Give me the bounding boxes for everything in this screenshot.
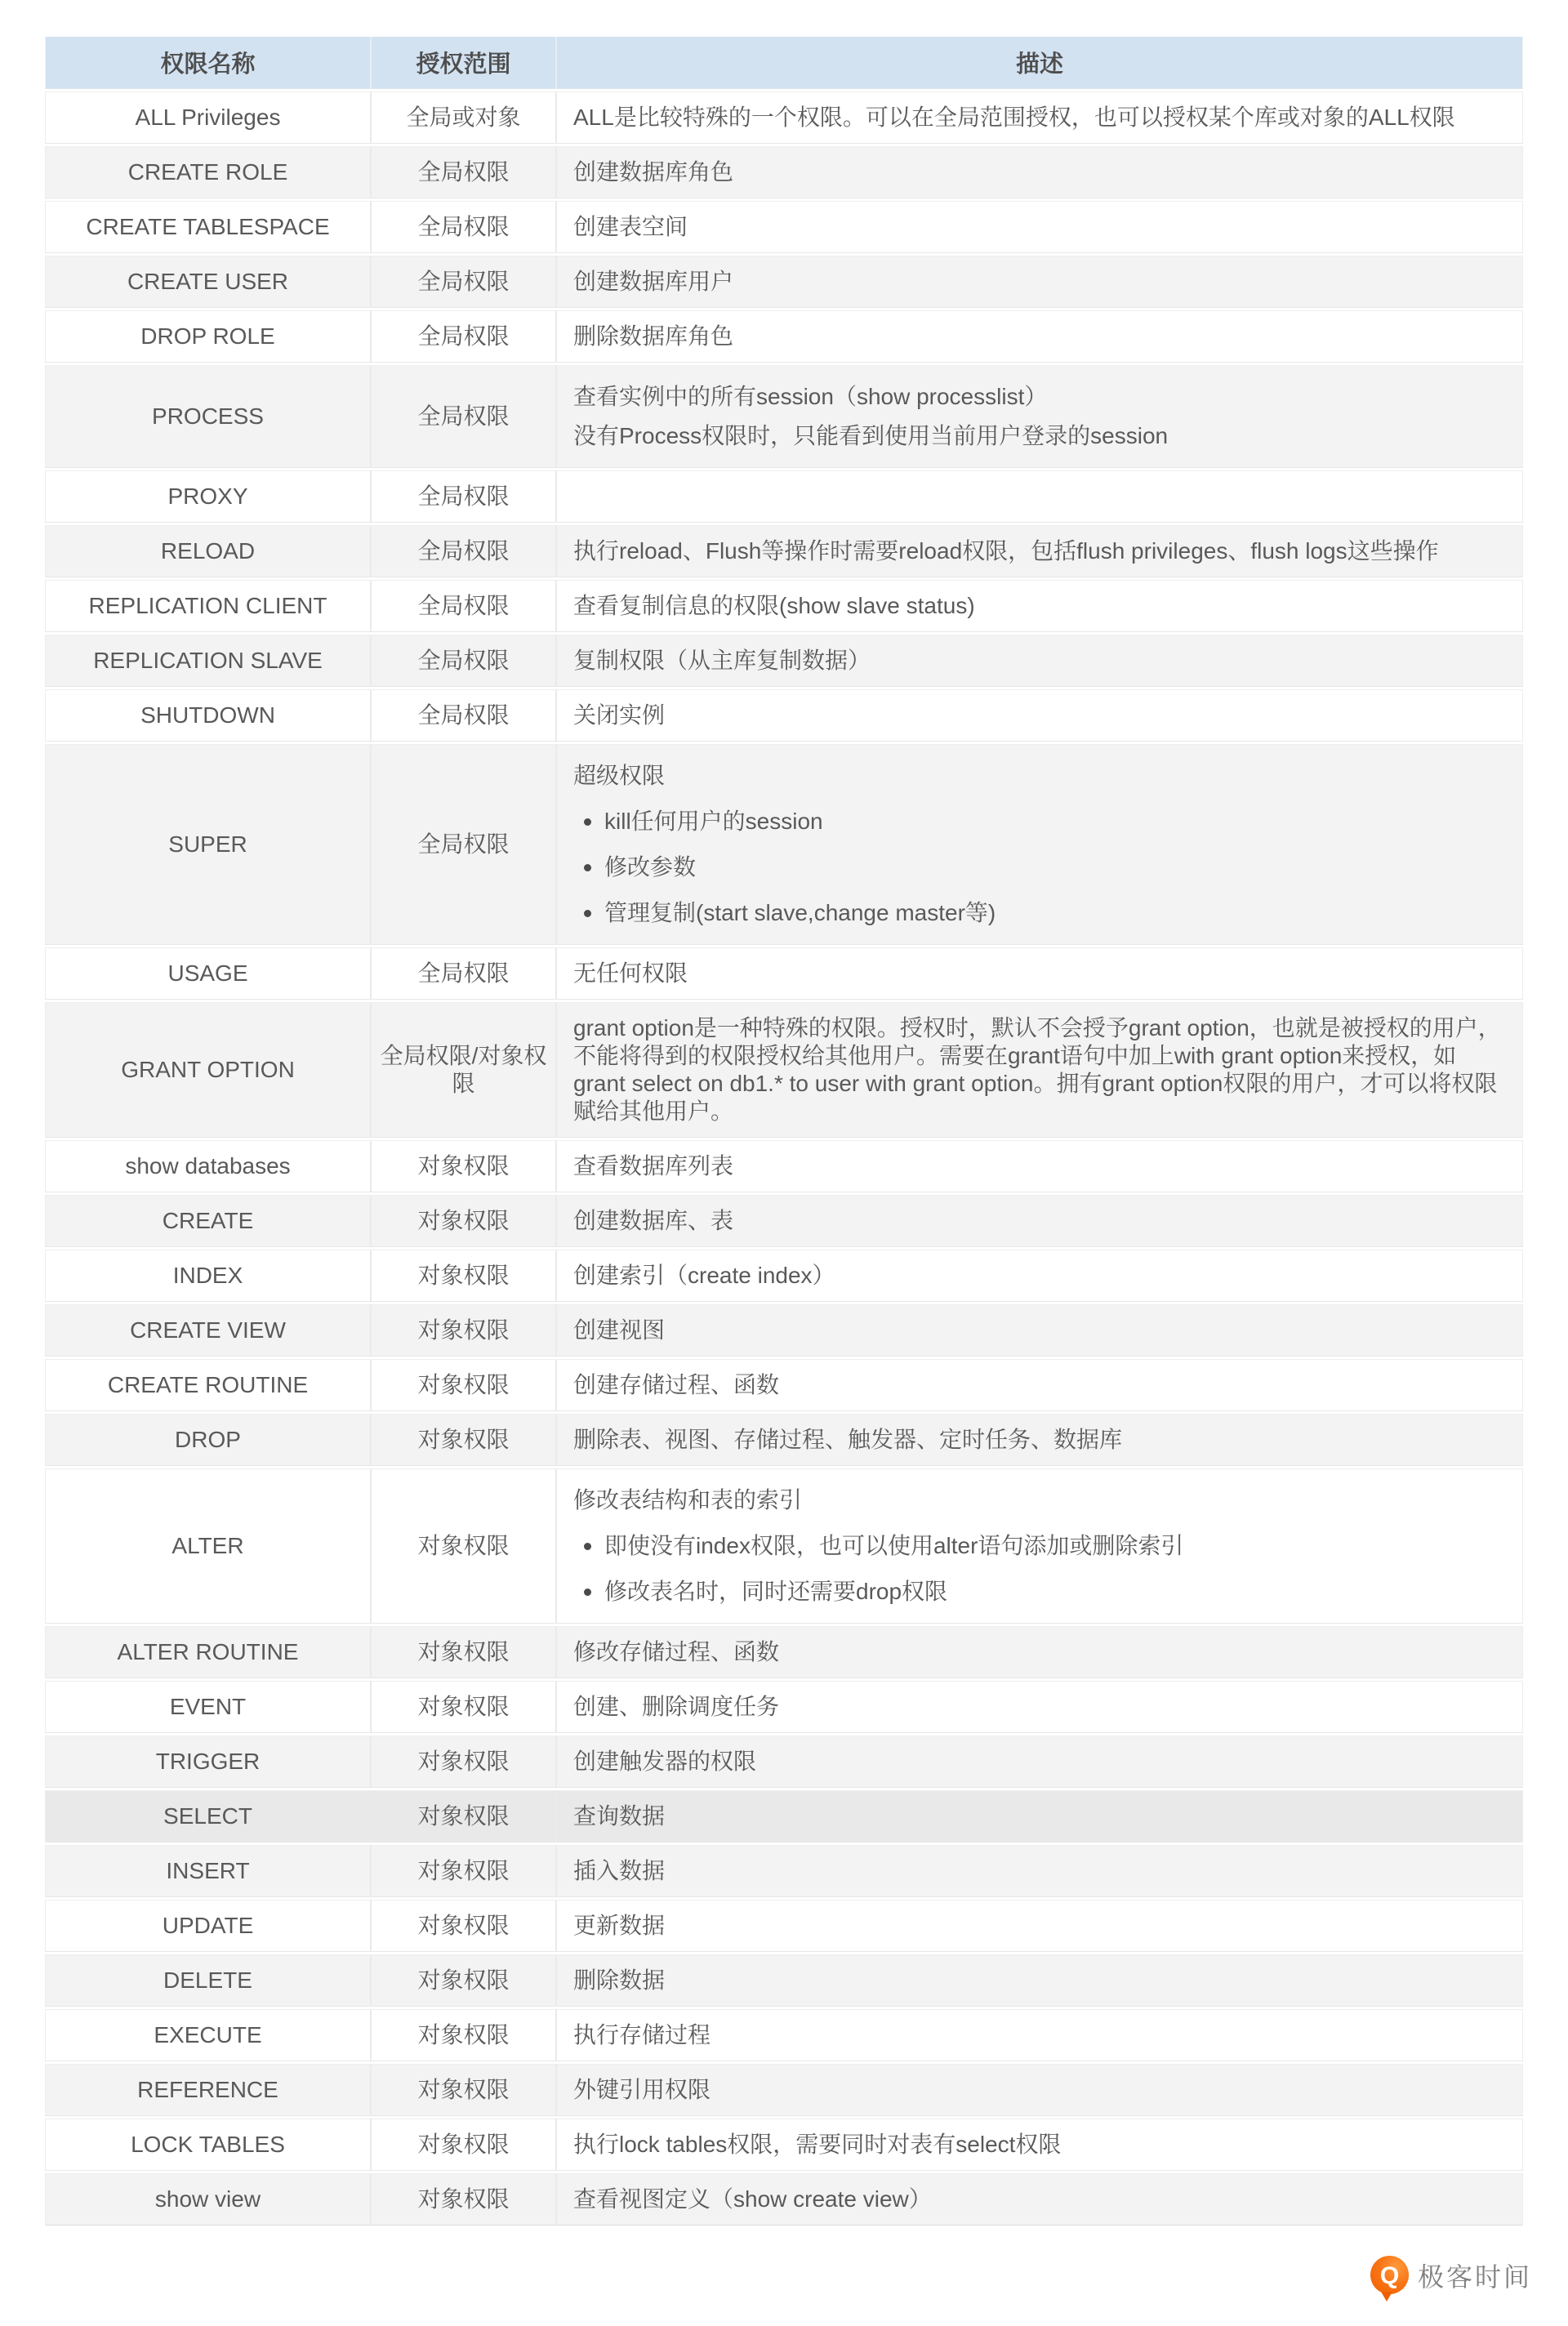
table-row: REFERENCE对象权限外键引用权限 <box>45 2064 1523 2116</box>
description-cell: 超级权限kill任何用户的session修改参数管理复制(start slave… <box>557 744 1523 945</box>
description-cell: 复制权限（从主库复制数据） <box>557 635 1523 687</box>
description-cell: 更新数据 <box>557 1900 1523 1952</box>
description-cell: 修改存储过程、函数 <box>557 1626 1523 1678</box>
col-header-scope: 授权范围 <box>372 37 557 89</box>
scope-cell: 全局权限 <box>372 256 557 308</box>
privilege-name-cell: DROP ROLE <box>45 310 372 363</box>
table-row: SELECT对象权限查询数据 <box>45 1790 1523 1843</box>
privilege-name-cell: CREATE USER <box>45 256 372 308</box>
description-cell: 执行存储过程 <box>557 2009 1523 2061</box>
scope-cell: 对象权限 <box>372 2119 557 2171</box>
description-cell: grant option是一种特殊的权限。授权时，默认不会授予grant opt… <box>557 1002 1523 1138</box>
table-row: REPLICATION CLIENT全局权限查看复制信息的权限(show sla… <box>45 580 1523 632</box>
table-row: RELOAD全局权限执行reload、Flush等操作时需要reload权限，包… <box>45 525 1523 577</box>
privilege-name-cell: REPLICATION CLIENT <box>45 580 372 632</box>
description-cell: 创建触发器的权限 <box>557 1736 1523 1788</box>
privilege-name-cell: TRIGGER <box>45 1736 372 1788</box>
table-row: DROP ROLE全局权限删除数据库角色 <box>45 310 1523 363</box>
description-cell: 关闭实例 <box>557 689 1523 742</box>
scope-cell: 对象权限 <box>372 1736 557 1788</box>
scope-cell: 全局权限 <box>372 201 557 253</box>
scope-cell: 全局权限 <box>372 635 557 687</box>
scope-cell: 全局权限 <box>372 365 557 468</box>
privilege-name-cell: PROXY <box>45 470 372 523</box>
description-intro: 修改表结构和表的索引 <box>573 1481 1506 1520</box>
privilege-name-cell: SUPER <box>45 744 372 945</box>
table-row: LOCK TABLES对象权限执行lock tables权限，需要同时对表有se… <box>45 2119 1523 2171</box>
privilege-name-cell: SHUTDOWN <box>45 689 372 742</box>
table-row: EXECUTE对象权限执行存储过程 <box>45 2009 1523 2061</box>
table-row: DROP对象权限删除表、视图、存储过程、触发器、定时任务、数据库 <box>45 1414 1523 1466</box>
privilege-name-cell: INDEX <box>45 1250 372 1302</box>
scope-cell: 全局权限 <box>372 525 557 577</box>
description-cell: 删除数据 <box>557 1954 1523 2007</box>
privilege-name-cell: CREATE <box>45 1195 372 1247</box>
description-cell: 修改表结构和表的索引即使没有index权限，也可以使用alter语句添加或删除索… <box>557 1468 1523 1624</box>
description-cell: 创建数据库用户 <box>557 256 1523 308</box>
privilege-name-cell: CREATE ROLE <box>45 146 372 198</box>
table-row: ALTER对象权限修改表结构和表的索引即使没有index权限，也可以使用alte… <box>45 1468 1523 1624</box>
table-row: USAGE全局权限无任何权限 <box>45 947 1523 1000</box>
description-cell: 创建索引（create index） <box>557 1250 1523 1302</box>
description-bullet: kill任何用户的session <box>573 802 1506 841</box>
description-cell: 无任何权限 <box>557 947 1523 1000</box>
scope-cell: 对象权限 <box>372 1790 557 1843</box>
scope-cell: 对象权限 <box>372 1468 557 1624</box>
table-row: GRANT OPTION全局权限/对象权限grant option是一种特殊的权… <box>45 1002 1523 1138</box>
description-cell: ALL是比较特殊的一个权限。可以在全局范围授权，也可以授权某个库或对象的ALL权… <box>557 91 1523 144</box>
table-row: EVENT对象权限创建、删除调度任务 <box>45 1681 1523 1733</box>
privilege-name-cell: show databases <box>45 1140 372 1192</box>
scope-cell: 对象权限 <box>372 1626 557 1678</box>
scope-cell: 全局权限 <box>372 744 557 945</box>
privilege-name-cell: UPDATE <box>45 1900 372 1952</box>
table-row: DELETE对象权限删除数据 <box>45 1954 1523 2007</box>
privilege-name-cell: LOCK TABLES <box>45 2119 372 2171</box>
table-row: CREATE ROLE全局权限创建数据库角色 <box>45 146 1523 198</box>
privilege-name-cell: REPLICATION SLAVE <box>45 635 372 687</box>
geektime-logo: Q 极客时间 <box>1370 2256 1532 2294</box>
table-header-row: 权限名称 授权范围 描述 <box>45 37 1523 89</box>
description-cell: 创建数据库角色 <box>557 146 1523 198</box>
table-row: ALTER ROUTINE对象权限修改存储过程、函数 <box>45 1626 1523 1678</box>
scope-cell: 全局权限 <box>372 580 557 632</box>
description-cell: 创建、删除调度任务 <box>557 1681 1523 1733</box>
scope-cell: 对象权限 <box>372 1900 557 1952</box>
scope-cell: 对象权限 <box>372 2064 557 2116</box>
description-cell: 创建数据库、表 <box>557 1195 1523 1247</box>
scope-cell: 全局权限/对象权限 <box>372 1002 557 1138</box>
col-header-privilege-name: 权限名称 <box>45 37 372 89</box>
description-cell: 执行lock tables权限，需要同时对表有select权限 <box>557 2119 1523 2171</box>
scope-cell: 全局权限 <box>372 689 557 742</box>
col-header-description: 描述 <box>557 37 1523 89</box>
table-row: CREATE对象权限创建数据库、表 <box>45 1195 1523 1247</box>
description-cell: 查询数据 <box>557 1790 1523 1843</box>
geektime-logo-letter: Q <box>1380 2264 1399 2288</box>
table-row: ALL Privileges全局或对象ALL是比较特殊的一个权限。可以在全局范围… <box>45 91 1523 144</box>
description-cell: 查看视图定义（show create view） <box>557 2173 1523 2226</box>
scope-cell: 对象权限 <box>372 1845 557 1897</box>
privilege-name-cell: RELOAD <box>45 525 372 577</box>
scope-cell: 全局权限 <box>372 146 557 198</box>
table-row: show databases对象权限查看数据库列表 <box>45 1140 1523 1192</box>
privilege-name-cell: EXECUTE <box>45 2009 372 2061</box>
scope-cell: 全局权限 <box>372 310 557 363</box>
privilege-name-cell: ALTER <box>45 1468 372 1624</box>
description-bullet: 即使没有index权限，也可以使用alter语句添加或删除索引 <box>573 1526 1506 1566</box>
description-line: 查看实例中的所有session（show processlist） <box>573 377 1506 417</box>
privileges-table-container: 权限名称 授权范围 描述 ALL Privileges全局或对象ALL是比较特殊… <box>45 34 1523 2228</box>
description-cell: 查看实例中的所有session（show processlist）没有Proce… <box>557 365 1523 468</box>
description-cell: 外键引用权限 <box>557 2064 1523 2116</box>
table-row: SHUTDOWN全局权限关闭实例 <box>45 689 1523 742</box>
scope-cell: 对象权限 <box>372 1304 557 1357</box>
privilege-name-cell: PROCESS <box>45 365 372 468</box>
privilege-name-cell: GRANT OPTION <box>45 1002 372 1138</box>
scope-cell: 全局权限 <box>372 470 557 523</box>
table-row: REPLICATION SLAVE全局权限复制权限（从主库复制数据） <box>45 635 1523 687</box>
geektime-logo-icon: Q <box>1370 2256 1409 2294</box>
scope-cell: 对象权限 <box>372 1414 557 1466</box>
description-bullet: 修改表名时，同时还需要drop权限 <box>573 1572 1506 1611</box>
description-cell <box>557 470 1523 523</box>
privilege-name-cell: INSERT <box>45 1845 372 1897</box>
table-row: CREATE ROUTINE对象权限创建存储过程、函数 <box>45 1359 1523 1411</box>
description-line: 没有Process权限时，只能看到使用当前用户登录的session <box>573 417 1506 456</box>
scope-cell: 对象权限 <box>372 1140 557 1192</box>
description-bullet: 修改参数 <box>573 848 1506 887</box>
privilege-name-cell: EVENT <box>45 1681 372 1733</box>
description-cell: 插入数据 <box>557 1845 1523 1897</box>
description-cell: 执行reload、Flush等操作时需要reload权限，包括flush pri… <box>557 525 1523 577</box>
description-cell: 删除数据库角色 <box>557 310 1523 363</box>
table-row: CREATE USER全局权限创建数据库用户 <box>45 256 1523 308</box>
privileges-table: 权限名称 授权范围 描述 ALL Privileges全局或对象ALL是比较特殊… <box>45 34 1523 2228</box>
geektime-logo-text: 极客时间 <box>1418 2257 1532 2294</box>
privilege-name-cell: ALL Privileges <box>45 91 372 144</box>
description-cell: 创建存储过程、函数 <box>557 1359 1523 1411</box>
table-row: INDEX对象权限创建索引（create index） <box>45 1250 1523 1302</box>
privilege-name-cell: show view <box>45 2173 372 2226</box>
table-row: PROXY全局权限 <box>45 470 1523 523</box>
table-row: show view对象权限查看视图定义（show create view） <box>45 2173 1523 2226</box>
privilege-name-cell: ALTER ROUTINE <box>45 1626 372 1678</box>
description-bullet: 管理复制(start slave,change master等) <box>573 893 1506 933</box>
privilege-name-cell: CREATE TABLESPACE <box>45 201 372 253</box>
description-cell: 创建视图 <box>557 1304 1523 1357</box>
privilege-name-cell: CREATE VIEW <box>45 1304 372 1357</box>
scope-cell: 对象权限 <box>372 1359 557 1411</box>
scope-cell: 对象权限 <box>372 1681 557 1733</box>
scope-cell: 全局或对象 <box>372 91 557 144</box>
description-cell: 查看数据库列表 <box>557 1140 1523 1192</box>
table-row: SUPER全局权限超级权限kill任何用户的session修改参数管理复制(st… <box>45 744 1523 945</box>
privilege-name-cell: DELETE <box>45 1954 372 2007</box>
privilege-name-cell: DROP <box>45 1414 372 1466</box>
description-cell: 创建表空间 <box>557 201 1523 253</box>
table-row: UPDATE对象权限更新数据 <box>45 1900 1523 1952</box>
privilege-name-cell: USAGE <box>45 947 372 1000</box>
scope-cell: 对象权限 <box>372 1195 557 1247</box>
description-intro: 超级权限 <box>573 756 1506 795</box>
table-row: CREATE TABLESPACE全局权限创建表空间 <box>45 201 1523 253</box>
description-cell: 查看复制信息的权限(show slave status) <box>557 580 1523 632</box>
table-row: CREATE VIEW对象权限创建视图 <box>45 1304 1523 1357</box>
scope-cell: 对象权限 <box>372 2009 557 2061</box>
scope-cell: 对象权限 <box>372 1954 557 2007</box>
scope-cell: 对象权限 <box>372 2173 557 2226</box>
table-row: INSERT对象权限插入数据 <box>45 1845 1523 1897</box>
scope-cell: 对象权限 <box>372 1250 557 1302</box>
table-row: PROCESS全局权限查看实例中的所有session（show processl… <box>45 365 1523 468</box>
privilege-name-cell: SELECT <box>45 1790 372 1843</box>
privilege-name-cell: REFERENCE <box>45 2064 372 2116</box>
privilege-name-cell: CREATE ROUTINE <box>45 1359 372 1411</box>
description-cell: 删除表、视图、存储过程、触发器、定时任务、数据库 <box>557 1414 1523 1466</box>
table-row: TRIGGER对象权限创建触发器的权限 <box>45 1736 1523 1788</box>
scope-cell: 全局权限 <box>372 947 557 1000</box>
